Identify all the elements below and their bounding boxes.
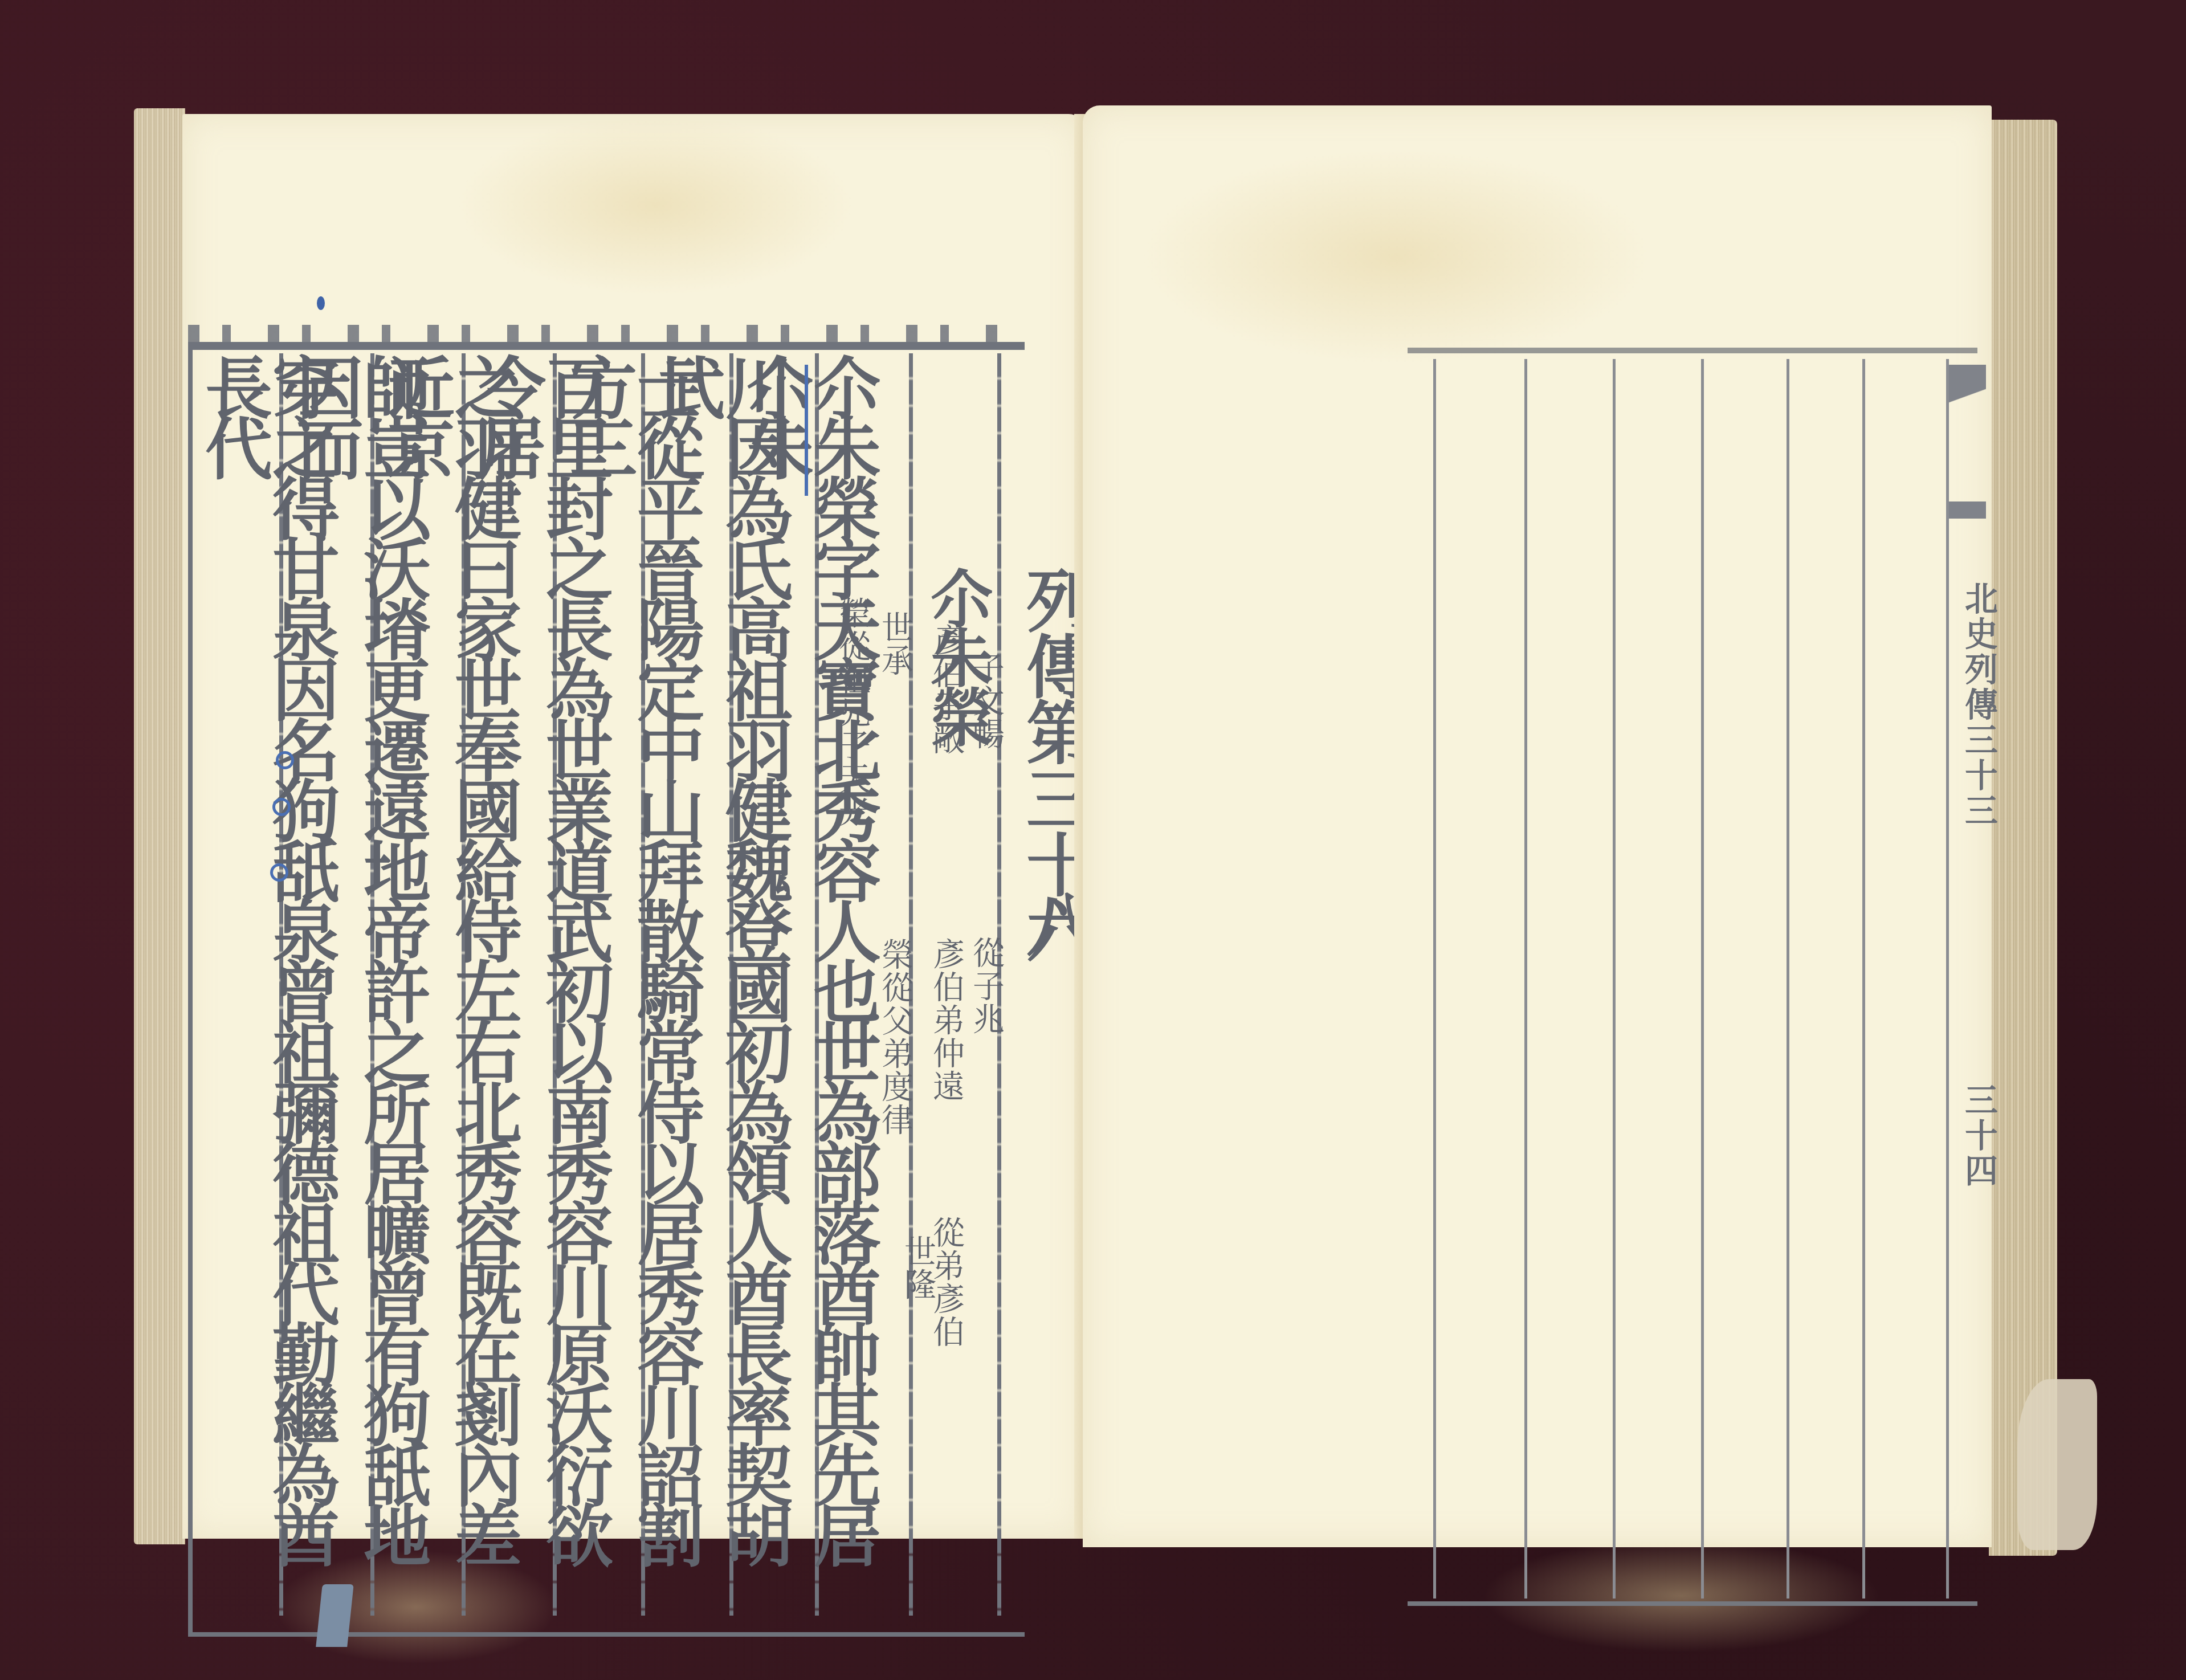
subtitle-col-c-bottom2: 世隆 xyxy=(895,1202,940,1334)
bookmark-tab xyxy=(316,1584,354,1647)
right-column-rule xyxy=(1787,359,1789,1599)
right-column-rule xyxy=(1524,359,1527,1599)
fishtail-ornament xyxy=(1949,365,1986,445)
blue-circle-mark xyxy=(276,751,294,769)
subtitle-col-a-bottom: 從子兆 xyxy=(963,912,1009,1060)
right-column-rule xyxy=(1433,359,1436,1599)
subtitle-col-a-top: 子文暢 xyxy=(963,627,1009,775)
fore-edge-label: 北史列傳三十三 xyxy=(1955,581,2003,829)
right-column-rule xyxy=(1862,359,1865,1599)
body-column-7: 穿之得甘泉因名狗舐泉曾祖彌德祖代勤繼為酋長代 xyxy=(199,353,334,1613)
fishtail-ornament xyxy=(1949,501,1986,519)
blue-annotation-dot xyxy=(317,296,325,310)
page-number: 三十四 xyxy=(1955,1083,2003,1189)
right-column-rule xyxy=(1613,359,1616,1599)
right-column-rule xyxy=(1946,359,1949,1599)
right-page-stack-edge xyxy=(1989,120,2057,1556)
left-page-stack-edge xyxy=(134,108,185,1544)
right-column-rule xyxy=(1701,359,1704,1599)
paper-stain xyxy=(1140,148,1653,365)
right-text-frame xyxy=(1408,348,1977,1606)
blue-circle-mark xyxy=(270,863,288,882)
subtitle-col-b-bottom: 彥伯弟仲遠 xyxy=(923,918,969,1123)
subtitle-col-b-top: 彥伯子敞 xyxy=(923,598,969,781)
torn-page-corner xyxy=(2017,1379,2097,1550)
paper-stain xyxy=(456,114,855,296)
blue-circle-mark xyxy=(272,798,291,816)
blue-annotation-line xyxy=(805,365,808,496)
